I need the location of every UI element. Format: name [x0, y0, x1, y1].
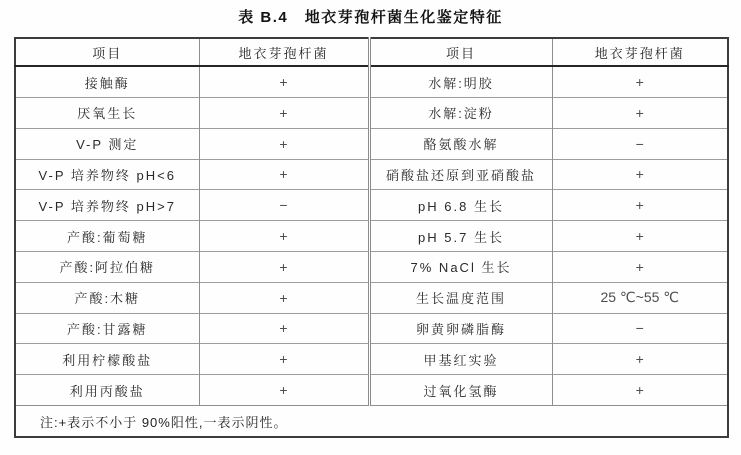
item-cell: 7% NaCl 生长	[369, 251, 552, 282]
item-cell: 利用丙酸盐	[15, 375, 199, 406]
table-row: 产酸:葡萄糖+pH 5.7 生长+	[15, 221, 728, 252]
value-cell: +	[552, 344, 728, 375]
document-page: 表 B.4 地衣芽孢杆菌生化鉴定特征 项目 地衣芽孢杆菌 项目 地衣芽孢杆菌 接…	[0, 0, 741, 455]
value-cell: +	[199, 221, 369, 252]
item-cell: pH 5.7 生长	[369, 221, 552, 252]
table-caption: 表 B.4 地衣芽孢杆菌生化鉴定特征	[0, 6, 741, 27]
value-cell: 25 ℃~55 ℃	[552, 282, 728, 313]
item-cell: V-P 培养物终 pH>7	[15, 190, 199, 221]
table-row: 产酸:阿拉伯糖+7% NaCl 生长+	[15, 251, 728, 282]
value-cell: +	[199, 282, 369, 313]
value-cell: +	[552, 159, 728, 190]
table-row: V-P 培养物终 pH<6+硝酸盐还原到亚硝酸盐+	[15, 159, 728, 190]
table-row: V-P 培养物终 pH>7−pH 6.8 生长+	[15, 190, 728, 221]
item-cell: 过氧化氢酶	[369, 375, 552, 406]
table-row: 接触酶+水解:明胶+	[15, 66, 728, 98]
item-cell: 硝酸盐还原到亚硝酸盐	[369, 159, 552, 190]
item-cell: 产酸:甘露糖	[15, 313, 199, 344]
item-cell: 厌氧生长	[15, 98, 199, 129]
column-header-item-right: 项目	[369, 38, 552, 66]
value-cell: +	[199, 344, 369, 375]
table-row: 产酸:甘露糖+卵黄卵磷脂酶−	[15, 313, 728, 344]
value-cell: −	[199, 190, 369, 221]
item-cell: 产酸:葡萄糖	[15, 221, 199, 252]
item-cell: 甲基红实验	[369, 344, 552, 375]
column-header-item-left: 项目	[15, 38, 199, 66]
item-cell: 产酸:阿拉伯糖	[15, 251, 199, 282]
value-cell: +	[199, 128, 369, 159]
table-row: V-P 测定+酪氨酸水解−	[15, 128, 728, 159]
item-cell: pH 6.8 生长	[369, 190, 552, 221]
table-row: 利用丙酸盐+过氧化氢酶+	[15, 375, 728, 406]
item-cell: V-P 测定	[15, 128, 199, 159]
item-cell: 卵黄卵磷脂酶	[369, 313, 552, 344]
header-row: 项目 地衣芽孢杆菌 项目 地衣芽孢杆菌	[15, 38, 728, 66]
value-cell: −	[552, 128, 728, 159]
table-row: 产酸:木糖+生长温度范围25 ℃~55 ℃	[15, 282, 728, 313]
value-cell: +	[552, 98, 728, 129]
column-header-organism-right: 地衣芽孢杆菌	[552, 38, 728, 66]
value-cell: +	[199, 251, 369, 282]
item-cell: 水解:淀粉	[369, 98, 552, 129]
table-row: 厌氧生长+水解:淀粉+	[15, 98, 728, 129]
value-cell: +	[199, 98, 369, 129]
table-row: 利用柠檬酸盐+甲基红实验+	[15, 344, 728, 375]
value-cell: +	[199, 66, 369, 98]
value-cell: +	[552, 251, 728, 282]
item-cell: 利用柠檬酸盐	[15, 344, 199, 375]
item-cell: 水解:明胶	[369, 66, 552, 98]
biochemical-identification-table: 项目 地衣芽孢杆菌 项目 地衣芽孢杆菌 接触酶+水解:明胶+厌氧生长+水解:淀粉…	[14, 37, 729, 438]
item-cell: 酪氨酸水解	[369, 128, 552, 159]
value-cell: −	[552, 313, 728, 344]
value-cell: +	[199, 313, 369, 344]
value-cell: +	[199, 159, 369, 190]
item-cell: 产酸:木糖	[15, 282, 199, 313]
value-cell: +	[552, 221, 728, 252]
value-cell: +	[552, 66, 728, 98]
column-header-organism-left: 地衣芽孢杆菌	[199, 38, 369, 66]
item-cell: 接触酶	[15, 66, 199, 98]
table-note: 注:+表示不小于 90%阳性,一表示阴性。	[15, 406, 728, 438]
value-cell: +	[199, 375, 369, 406]
value-cell: +	[552, 190, 728, 221]
note-row: 注:+表示不小于 90%阳性,一表示阴性。	[15, 406, 728, 438]
value-cell: +	[552, 375, 728, 406]
item-cell: 生长温度范围	[369, 282, 552, 313]
item-cell: V-P 培养物终 pH<6	[15, 159, 199, 190]
